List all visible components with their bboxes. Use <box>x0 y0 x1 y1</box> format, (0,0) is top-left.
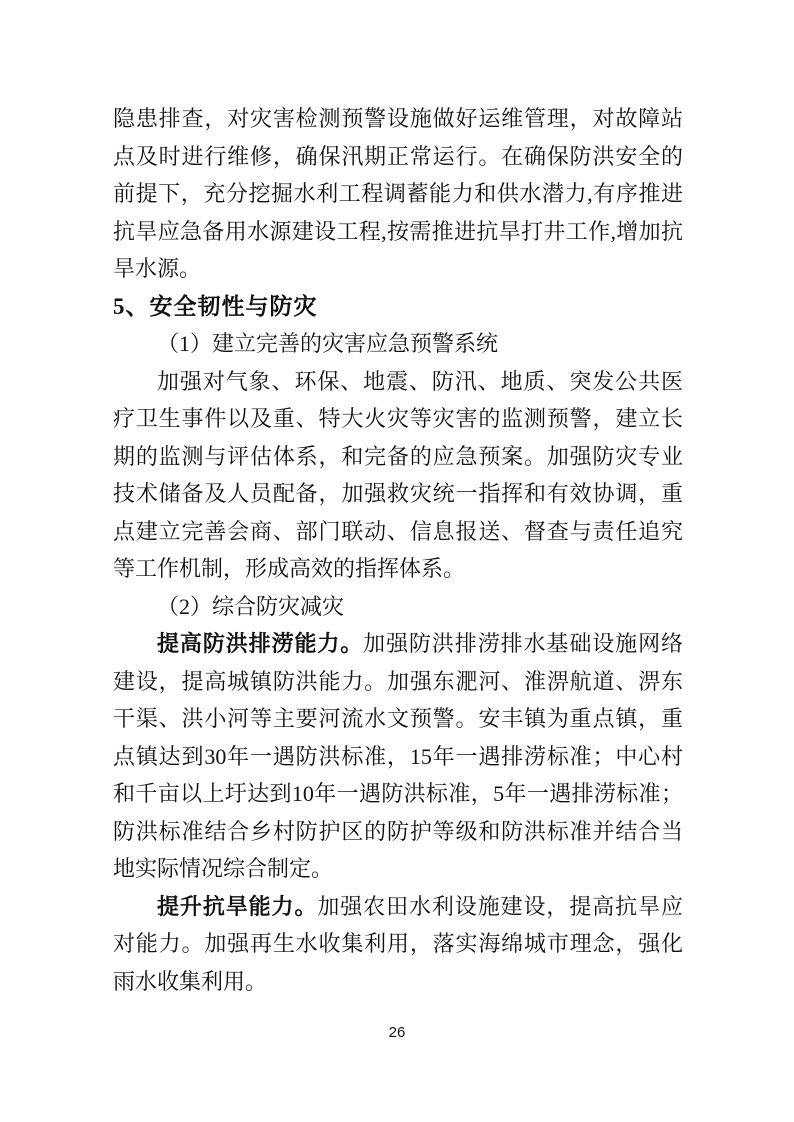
paragraph-flood-control: 提高防洪排涝能力。加强防洪排涝排水基础设施网络建设，提高城镇防洪能力。加强东淝河… <box>113 625 683 888</box>
continuation-paragraph: 隐患排查，对灾害检测预警设施做好运维管理，对故障站点及时进行维修，确保汛期正常运… <box>113 100 683 288</box>
sub-heading-emergency-warning-system: （1）建立完善的灾害应急预警系统 <box>113 325 683 363</box>
paragraph-monitoring-system: 加强对气象、环保、地震、防汛、地质、突发公共医疗卫生事件以及重、特大火灾等灾害的… <box>113 363 683 588</box>
flood-control-text: 加强防洪排涝排水基础设施网络建设，提高城镇防洪能力。加强东淝河、淮淠航道、淠东干… <box>113 631 683 881</box>
flood-control-lead: 提高防洪排涝能力。 <box>157 631 363 656</box>
document-body: 隐患排查，对灾害检测预警设施做好运维管理，对故障站点及时进行维修，确保汛期正常运… <box>113 100 683 1000</box>
drought-resistance-lead: 提升抗旱能力。 <box>157 894 317 919</box>
document-page: 隐患排查，对灾害检测预警设施做好运维管理，对故障站点及时进行维修，确保汛期正常运… <box>0 0 794 1122</box>
sub-heading-comprehensive-disaster-reduction: （2）综合防灾减灾 <box>113 588 683 626</box>
section-heading: 5、安全韧性与防灾 <box>113 288 683 326</box>
paragraph-drought-resistance: 提升抗旱能力。加强农田水利设施建设，提高抗旱应对能力。加强再生水收集利用，落实海… <box>113 888 683 1001</box>
page-number: 26 <box>0 1024 794 1041</box>
